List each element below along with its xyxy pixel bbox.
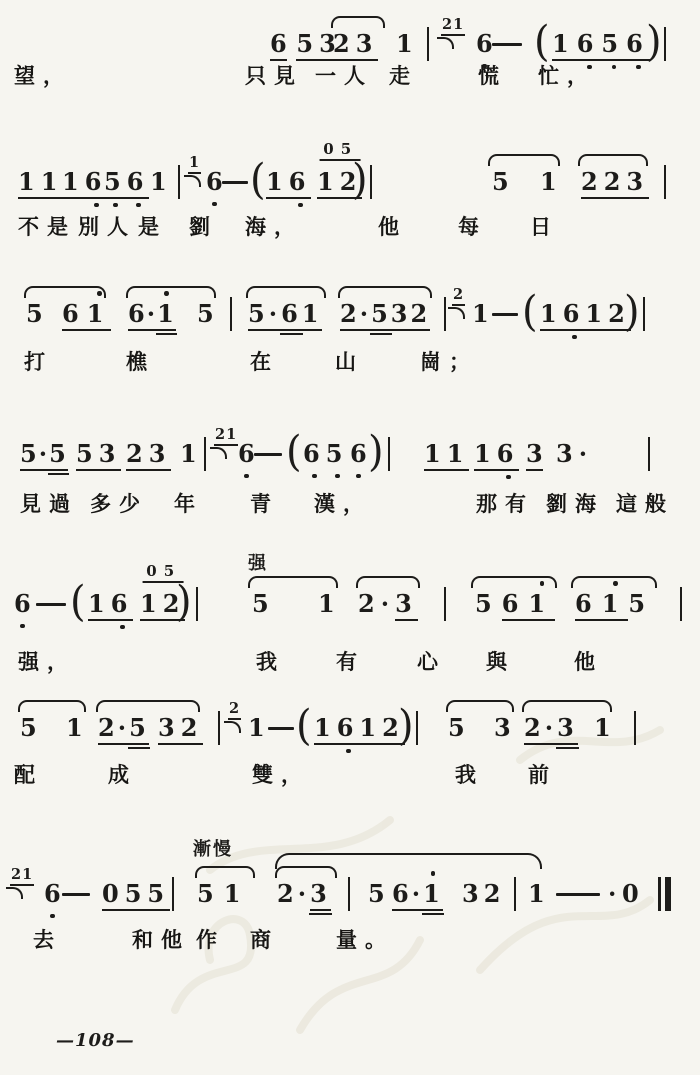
- note-group: 5·5: [20, 440, 68, 468]
- double-underline: [370, 333, 392, 335]
- note-digit: 6: [563, 300, 586, 331]
- note-digit: 5: [49, 440, 68, 471]
- note-digit: 2: [581, 168, 604, 199]
- note-digit: 1: [157, 300, 176, 331]
- note-group: 1: [472, 300, 489, 328]
- barline: [178, 165, 180, 199]
- note-digit: 1: [18, 168, 41, 199]
- slur: [126, 286, 216, 298]
- lyric-syllable: 海，: [245, 215, 303, 240]
- note-digit: 1: [88, 590, 111, 621]
- phrase-slur: [275, 853, 542, 869]
- slur: [248, 576, 338, 588]
- note-group: 223: [581, 168, 649, 196]
- lyric-syllable: 他: [378, 215, 407, 240]
- note-digit: 3: [395, 590, 418, 621]
- octave-dot-below: [50, 914, 55, 919]
- lyric-syllable: 崗；: [420, 350, 478, 375]
- lyric-syllable: 與: [486, 650, 515, 675]
- note-digit: 6: [392, 880, 412, 911]
- barline: [196, 587, 198, 621]
- barline: [416, 711, 418, 745]
- note-group: 1: [540, 168, 557, 196]
- note-digit: 1: [302, 300, 323, 331]
- barline: [348, 877, 350, 911]
- note-digit: 1: [266, 168, 289, 199]
- octave-dot-below: [136, 203, 141, 208]
- note-group: 6: [206, 168, 223, 196]
- paren-open: (: [534, 22, 550, 62]
- note-group: 2·3: [358, 590, 418, 618]
- lyric-syllable: 走: [389, 64, 418, 89]
- lyric-syllable: 漢，: [314, 492, 372, 517]
- note-digit: 3: [356, 30, 379, 61]
- note-group: 2·3: [524, 714, 578, 742]
- duration-dash: [268, 727, 294, 730]
- note-digit: 1: [314, 714, 337, 745]
- note-digit: ·: [579, 440, 593, 468]
- slur: [338, 286, 432, 298]
- note-digit: 6: [44, 880, 61, 908]
- barline: [370, 165, 372, 199]
- lyric-syllable: 是: [138, 215, 167, 240]
- note-digit: ·: [412, 880, 423, 911]
- grace-hook-icon: [210, 447, 227, 459]
- note-digit: 1: [474, 440, 497, 471]
- grace-note-digits: 21: [214, 428, 238, 446]
- note-digit: 3: [99, 440, 122, 471]
- note-group: 615: [575, 590, 655, 618]
- grace-notes: 2: [228, 698, 241, 733]
- slur: [331, 16, 385, 28]
- note-group: 1: [396, 30, 413, 58]
- lyric-syllable: 慌: [478, 64, 507, 89]
- note-digit: 3: [149, 440, 172, 471]
- note-digit: ·: [608, 880, 616, 908]
- octave-dot-above: [431, 871, 436, 876]
- note-group: 5: [197, 300, 214, 328]
- barline: [664, 27, 666, 61]
- note-digit: 3: [391, 300, 411, 331]
- grace-notes: 1: [188, 152, 201, 187]
- lyric-syllable: 我: [256, 650, 285, 675]
- note-group: 1: [528, 880, 545, 908]
- paren-open: (: [70, 582, 86, 622]
- note-group: 3·: [556, 440, 593, 468]
- duration-dash: [492, 313, 518, 316]
- note-digit: 2: [277, 880, 298, 908]
- duration-dash: [492, 43, 522, 46]
- note-group: 1612: [540, 300, 631, 328]
- note-group: 055: [102, 880, 170, 908]
- note-digit: 5: [601, 30, 626, 61]
- note-group: 16: [62, 168, 107, 196]
- lyric-syllable: 山: [335, 350, 364, 375]
- lyric-syllable: 有: [336, 650, 365, 675]
- lyric-syllable: 多少: [90, 492, 148, 517]
- grace-note-digits: 2: [228, 702, 241, 720]
- note-digit: 5: [197, 880, 224, 908]
- note-digit: 2: [410, 300, 430, 331]
- octave-dot-below: [572, 335, 577, 340]
- note-digit: 3: [556, 440, 579, 468]
- note-digit: 1: [528, 590, 555, 621]
- note-group: 5: [492, 168, 509, 196]
- note-group: 16: [474, 440, 519, 468]
- lyric-syllable: 商: [250, 928, 279, 953]
- note-digit: 5: [628, 590, 655, 618]
- notation-system-5: 6(161205)5强12·3561615强，我有心與他: [0, 590, 700, 690]
- note-digit: ·: [269, 300, 281, 331]
- note-digit: 6: [337, 714, 360, 745]
- note-digit: 6: [497, 440, 520, 471]
- barline: [664, 165, 666, 199]
- lyric-syllable: 强，: [18, 650, 76, 675]
- note-digit: 3: [526, 440, 543, 471]
- note-group: 61: [62, 300, 111, 328]
- grace-notes: 2: [452, 284, 465, 319]
- paren-close: ): [624, 292, 640, 332]
- lyric-syllable: 別人: [78, 215, 136, 240]
- note-group: 5强: [252, 590, 269, 618]
- grace-notes: 21: [10, 864, 34, 899]
- note-digit: 1: [150, 168, 167, 196]
- note-group: 1: [248, 714, 265, 742]
- note-digit: 1: [318, 590, 335, 618]
- octave-dot-below: [212, 202, 217, 207]
- note-digit: 3: [557, 714, 578, 745]
- note-digit: 1: [224, 880, 251, 908]
- paren-close: ): [646, 22, 662, 62]
- note-digit: 1: [87, 300, 112, 331]
- barline: [643, 297, 645, 331]
- lyric-syllable: 心: [417, 650, 446, 675]
- notation-system-4: 5·553231216(656)111633·見過多少年青漢，那有劉海這般: [0, 440, 700, 532]
- octave-dot-below: [636, 65, 641, 70]
- note-digit: 5: [368, 880, 385, 908]
- note-digit: 1: [540, 168, 557, 196]
- note-digit: 6: [575, 590, 602, 621]
- note-digit: 3: [462, 880, 484, 908]
- note-group: 3: [494, 714, 511, 742]
- grace-note-digits: 21: [441, 18, 465, 36]
- note-digit: 6: [14, 590, 31, 618]
- note-digit: 6: [111, 590, 134, 621]
- note-digit: 2: [524, 714, 545, 745]
- lyric-syllable: 雙，: [252, 763, 310, 788]
- note-digit: 2: [604, 168, 627, 199]
- note-digit: 3: [626, 168, 649, 199]
- double-underline: [128, 747, 150, 749]
- note-digit: 1: [66, 714, 83, 742]
- barline: [680, 587, 682, 621]
- lyric-syllable: 打: [24, 350, 53, 375]
- note-digit: 5: [104, 168, 127, 199]
- note-group: 2·3: [277, 880, 331, 908]
- note-digit: 5: [448, 714, 465, 742]
- tempo-mark: 漸慢: [193, 840, 233, 858]
- note-group: 6: [350, 440, 367, 468]
- paren-close: ): [398, 706, 414, 746]
- note-group: 5: [20, 714, 37, 742]
- paren-close: ): [176, 582, 192, 622]
- grace-hook-icon: [184, 175, 201, 187]
- note-digit: 1: [62, 168, 85, 199]
- note-digit: 5: [492, 168, 509, 196]
- note-group: 3: [526, 440, 543, 468]
- note-digit: 2: [98, 714, 118, 745]
- note-digit: 1: [602, 590, 629, 621]
- note-digit: 1: [423, 880, 443, 911]
- slur: [578, 154, 648, 166]
- paren-open: (: [522, 292, 538, 332]
- slur: [571, 576, 657, 588]
- duration-dash: [36, 603, 66, 606]
- note-digit: 5: [20, 440, 39, 471]
- note-group: 6·1: [392, 880, 443, 908]
- octave-dot-below: [506, 475, 511, 480]
- lyric-syllable: 量。: [336, 928, 394, 953]
- note-digit: 1: [552, 30, 577, 61]
- slur: [356, 576, 420, 588]
- lyric-syllable: 他: [574, 650, 603, 675]
- lyric-syllable: 我: [455, 763, 484, 788]
- note-space: [282, 30, 296, 58]
- note-digit: ·: [298, 880, 310, 908]
- lyric-syllable: 忙，: [538, 64, 596, 89]
- note-digit: 5: [248, 300, 269, 331]
- note-group: 1: [180, 440, 197, 468]
- grace-hook-icon: [6, 887, 23, 899]
- duration-dash: [556, 893, 600, 896]
- note-digit: 1: [585, 300, 608, 331]
- octave-dot-below: [298, 203, 303, 208]
- note-group: 23: [333, 30, 378, 58]
- barline: [634, 711, 636, 745]
- paren-close: ): [368, 432, 384, 472]
- octave-dot-below: [120, 625, 125, 630]
- double-underline: [556, 747, 579, 749]
- note-group: 5: [368, 880, 385, 908]
- grace-hook-icon: [224, 721, 241, 733]
- octave-dot-below: [94, 203, 99, 208]
- paren-open: (: [286, 432, 302, 472]
- slur: [246, 286, 326, 298]
- lyric-syllable: 劉: [189, 215, 218, 240]
- dynamic-mark: 强: [248, 554, 268, 572]
- note-group: 2·5: [98, 714, 149, 742]
- lyric-syllable: 不是: [18, 215, 76, 240]
- lyric-syllable: 成: [108, 763, 137, 788]
- note-group: 6: [238, 440, 255, 468]
- double-underline: [280, 333, 303, 335]
- note-digit: 5: [125, 880, 148, 911]
- barline: [514, 877, 516, 911]
- slur: [471, 576, 557, 588]
- note-digit: 1: [528, 880, 545, 908]
- duration-dash: [62, 893, 90, 896]
- double-underline: [48, 473, 69, 475]
- barline: [648, 437, 650, 471]
- note-digit: ·: [147, 300, 157, 331]
- lyric-syllable: 作: [196, 928, 225, 953]
- lyric-syllable: 那有: [476, 492, 534, 517]
- note-group: 23: [126, 440, 171, 468]
- barline: [218, 711, 220, 745]
- grace-notes: 21: [214, 424, 238, 459]
- note-digit: 6: [476, 30, 493, 58]
- lyric-syllable: 樵: [126, 350, 155, 375]
- score-page: 6 53231216(1656)望，只見一人走慌忙，111656116(1612…: [0, 0, 700, 1075]
- note-group: 16: [88, 590, 133, 618]
- note-digit: 6: [303, 440, 326, 468]
- note-group: 6: [476, 30, 493, 58]
- octave-dot-below: [312, 474, 317, 479]
- note-group: 16: [266, 168, 311, 196]
- note-digit: 6: [206, 168, 223, 196]
- note-group: 5: [26, 300, 43, 328]
- note-group: 1: [150, 168, 167, 196]
- slur: [18, 700, 86, 712]
- note-digit: 6: [62, 300, 87, 331]
- grace-note-digits: 1: [188, 156, 201, 174]
- paren-open: (: [250, 160, 266, 200]
- note-digit: 5: [26, 300, 43, 328]
- notation-system-1: 6 53231216(1656)望，只見一人走慌忙，: [0, 30, 700, 104]
- slur: [522, 700, 612, 712]
- barline: [172, 877, 174, 911]
- note-group: 51漸慢: [197, 880, 250, 908]
- barline: [204, 437, 206, 471]
- note-digit: 6: [350, 440, 367, 468]
- note-group: 561: [475, 590, 555, 618]
- lyric-syllable: 這般: [616, 492, 674, 517]
- note-digit: ·: [381, 590, 395, 618]
- note-digit: 5: [76, 440, 99, 471]
- double-underline: [156, 333, 177, 335]
- note-digit: 2: [333, 30, 356, 61]
- note-digit: 2: [340, 300, 360, 331]
- barline: [444, 587, 446, 621]
- note-digit: 2: [181, 714, 204, 745]
- note-group: 53: [76, 440, 121, 468]
- note-group: 56: [104, 168, 149, 196]
- duration-dash: [222, 181, 248, 184]
- lyric-syllable: 望，: [14, 64, 72, 89]
- note-digit: ·: [39, 440, 49, 471]
- notation-system-3: 5616·155·612·53221(1612)打樵在山崗；: [0, 300, 700, 390]
- note-group: 2·532: [340, 300, 430, 328]
- note-digit: 1: [359, 714, 382, 745]
- note-digit: 1: [447, 440, 470, 471]
- paren-close: ): [352, 160, 368, 200]
- note-digit: 5: [475, 590, 502, 618]
- barline: [427, 27, 429, 61]
- note-digit: 1: [180, 440, 197, 468]
- notation-system-6: 512·53221(1612)532·31配成雙，我前: [0, 714, 700, 803]
- note-group: 6: [44, 880, 61, 908]
- note-digit: 5: [296, 30, 319, 61]
- slur: [195, 866, 255, 878]
- note-digit: 0: [622, 880, 639, 908]
- barline: [230, 297, 232, 331]
- note-digit: 1: [41, 168, 64, 199]
- lyric-syllable: 和他: [132, 928, 190, 953]
- grace-hook-icon: [437, 37, 454, 49]
- note-digit: 3: [494, 714, 511, 742]
- note-digit: 1: [396, 30, 413, 58]
- slur: [24, 286, 106, 298]
- paren-open: (: [296, 706, 312, 746]
- octave-dot-below: [20, 624, 25, 629]
- note-digit: 5: [147, 880, 170, 911]
- grace-hook-icon: [448, 307, 465, 319]
- slur: [488, 154, 560, 166]
- note-digit: 2: [484, 880, 506, 908]
- note-digit: 6: [128, 300, 147, 331]
- note-group: 32: [158, 714, 203, 742]
- note-digit: 1: [424, 440, 447, 471]
- page-number: —108—: [56, 1030, 135, 1051]
- note-digit: 6: [577, 30, 602, 61]
- double-underline: [309, 913, 332, 915]
- note-digit: 1: [140, 590, 163, 621]
- lyric-syllable: 前: [528, 763, 557, 788]
- notation-system-7: 21605551漸慢2·356·1321·0去和他作商量。: [0, 880, 700, 968]
- note-digit: 1: [540, 300, 563, 331]
- note-digit: 5: [20, 714, 37, 742]
- duration-dash: [254, 453, 282, 456]
- lyric-syllable: 去: [33, 928, 62, 953]
- note-digit: 6: [502, 590, 529, 621]
- octave-dot-below: [335, 474, 340, 479]
- note-digit: 3: [310, 880, 331, 911]
- notation-system-2: 111656116(161205)51223不是別人是劉海，他每日: [0, 168, 700, 255]
- note-group: 1: [594, 714, 611, 742]
- note-group: 6: [14, 590, 31, 618]
- note-group: 1: [318, 590, 335, 618]
- note-digit: 2: [126, 440, 149, 471]
- note-group: ·: [608, 880, 616, 908]
- slur: [446, 700, 514, 712]
- note-group: 0: [622, 880, 639, 908]
- note-digit: ·: [545, 714, 557, 745]
- note-digit: 6: [127, 168, 150, 199]
- note-digit: 1: [472, 300, 489, 328]
- lyric-syllable: 每: [458, 215, 487, 240]
- octave-dot-below: [356, 474, 361, 479]
- lyric-syllable: 青: [250, 492, 279, 517]
- lyric-syllable: 見過: [20, 492, 78, 517]
- note-group: 65: [303, 440, 348, 468]
- note-digit: 5: [129, 714, 149, 745]
- slur: [96, 700, 200, 712]
- double-underline: [422, 913, 444, 915]
- note-digit: 6: [289, 168, 312, 199]
- note-group: 11: [18, 168, 63, 196]
- note-group: 6·1: [128, 300, 176, 328]
- note-group: 5: [448, 714, 465, 742]
- note-group: 1612: [314, 714, 405, 742]
- note-group: 11: [424, 440, 469, 468]
- grace-note-digits: 21: [10, 868, 34, 886]
- octave-dot-below: [346, 749, 351, 754]
- lyric-syllable: 一人: [315, 64, 373, 89]
- note-digit: 0: [102, 880, 125, 911]
- note-digit: 5: [326, 440, 349, 468]
- note-group: 1656: [552, 30, 651, 58]
- lyric-syllable: 劉海: [546, 492, 604, 517]
